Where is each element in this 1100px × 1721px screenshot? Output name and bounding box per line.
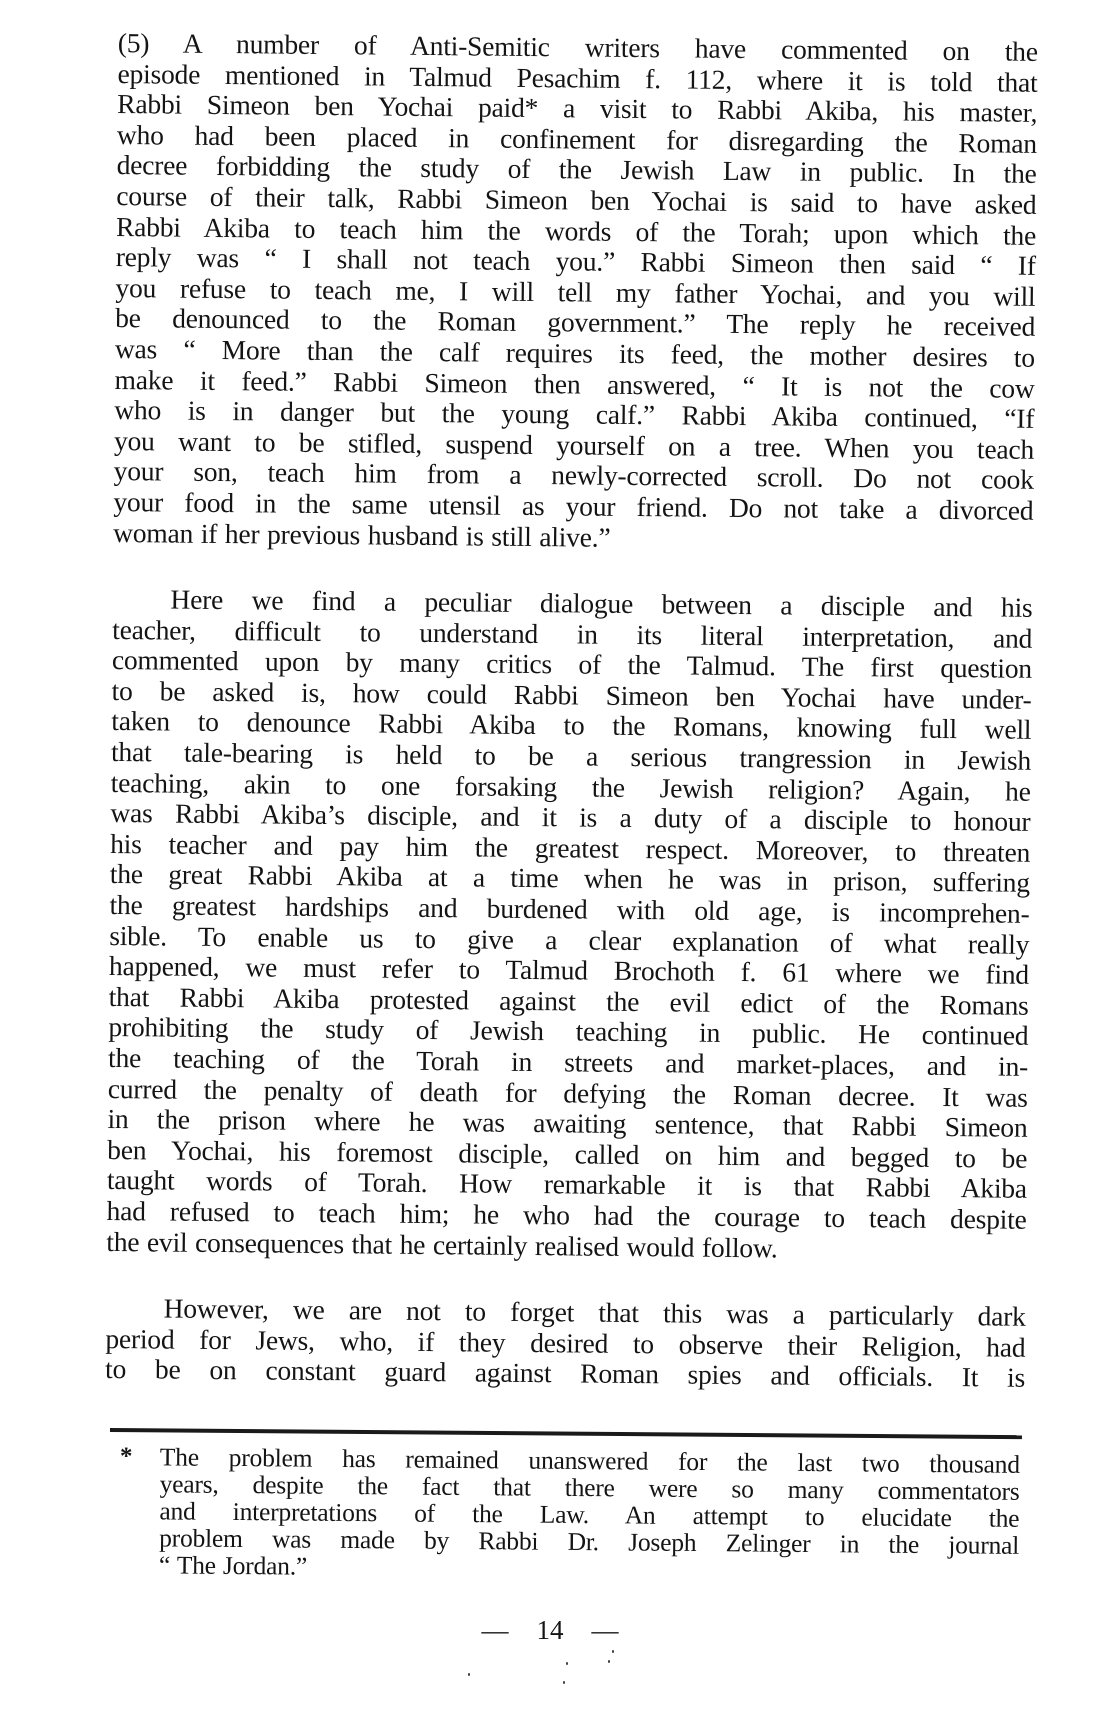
footnote-marker: * <box>120 1443 133 1470</box>
scan-speck <box>563 1681 565 1684</box>
paragraph-however: However, we are not to forget that this … <box>105 1293 1026 1394</box>
scan-speck <box>612 1650 614 1653</box>
paragraph-dialogue: Here we find a peculiar dialogue between… <box>106 584 1032 1266</box>
footnote: * The problem has remained unanswered fo… <box>119 1443 1020 1586</box>
page-number-value: 14 <box>537 1615 564 1646</box>
scan-speck <box>566 1662 568 1665</box>
scan-speck <box>608 1660 610 1663</box>
page-body: (5) A number of Anti-Semitic writers hav… <box>105 28 1038 1394</box>
text-line: to be on constant guard against Roman sp… <box>105 1354 1025 1393</box>
paragraph-note-5: (5) A number of Anti-Semitic writers hav… <box>113 28 1038 557</box>
page-number-dash-right: — <box>592 1615 619 1646</box>
page-number-dash-left: — <box>482 1615 509 1646</box>
footnote-body: The problem has remained unanswered for … <box>159 1443 1020 1585</box>
footnote-separator-rule <box>110 1428 1022 1439</box>
page-number: —14— <box>0 1615 1100 1646</box>
scan-speck <box>468 1673 470 1676</box>
